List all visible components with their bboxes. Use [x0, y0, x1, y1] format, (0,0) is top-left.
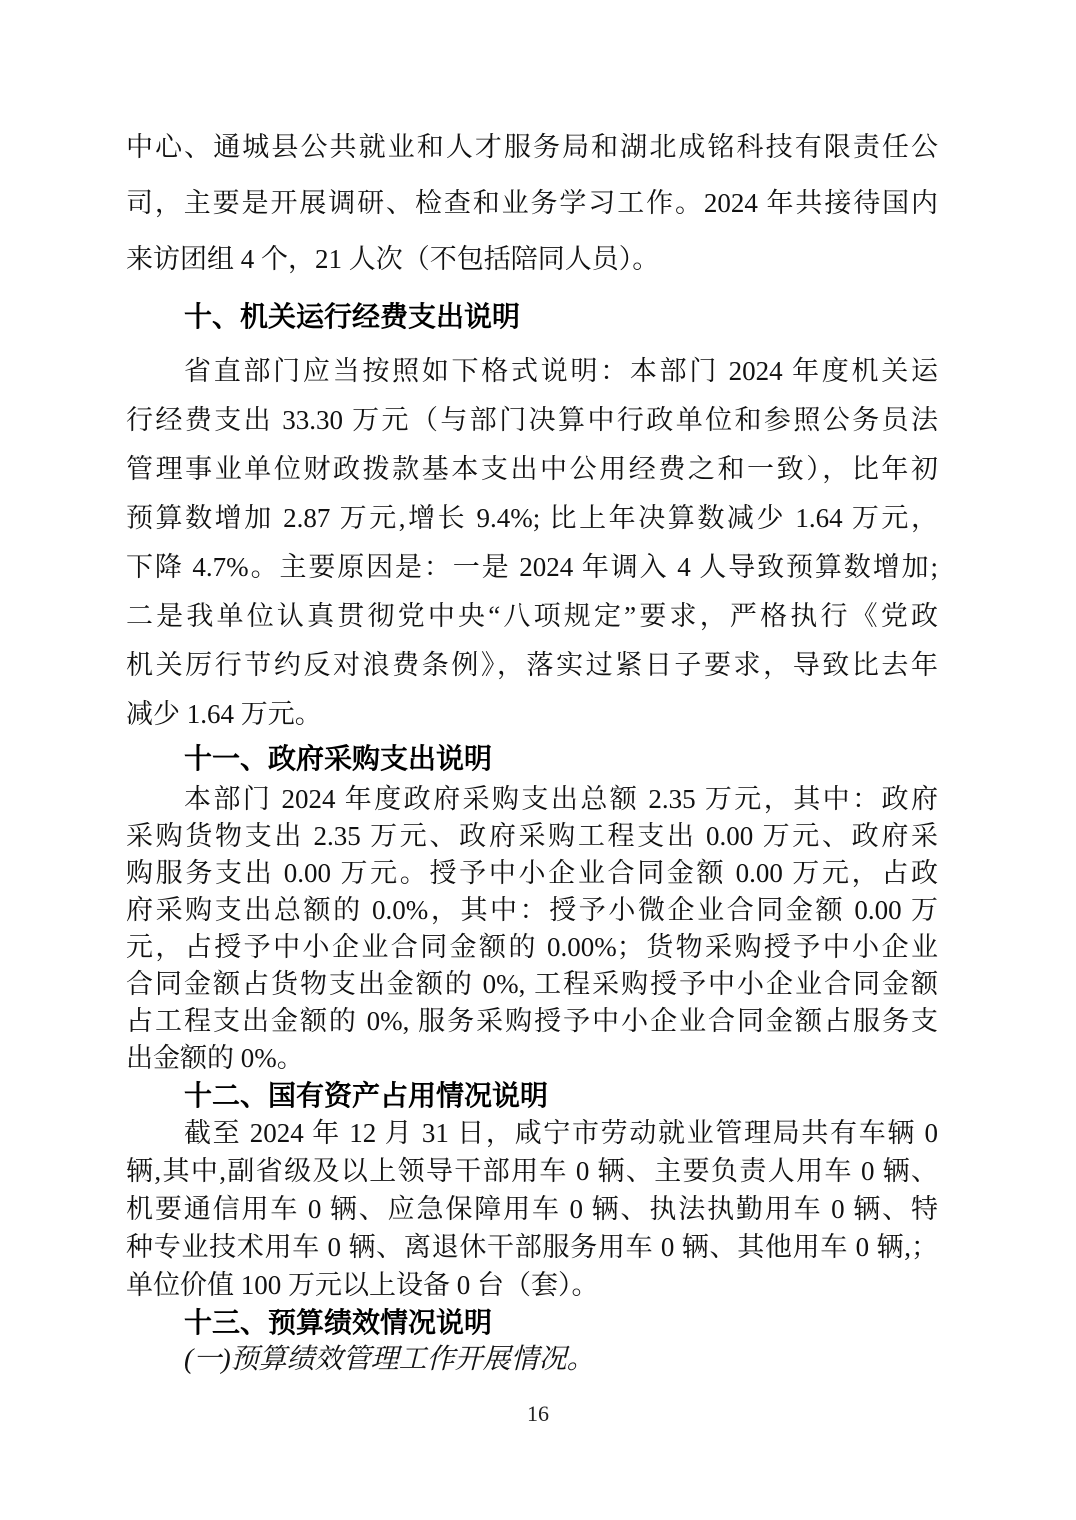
text-line: 府采购支出总额的 0.0%，其中：授予小微企业合同金额 0.00 万 [126, 892, 938, 929]
text-line: 合同金额占货物支出金额的 0%, 工程采购授予中小企业合同金额 [126, 966, 938, 1003]
section-heading: 十三、预算绩效情况说明 [126, 1304, 938, 1341]
section-heading: 十、机关运行经费支出说明 [126, 293, 938, 341]
section-heading-block: 十一、政府采购支出说明 [126, 739, 938, 779]
text-line: 本部门 2024 年度政府采购支出总额 2.35 万元，其中：政府 [126, 781, 938, 818]
text-line: 省直部门应当按照如下格式说明：本部门 2024 年度机关运 [126, 347, 938, 396]
paragraph-block: 中心、通城县公共就业和人才服务局和湖北成铭科技有限责任公司，主要是开展调研、检查… [126, 119, 938, 287]
text-line: 机关厉行节约反对浪费条例》，落实过紧日子要求，导致比去年 [126, 641, 938, 690]
text-line: 购服务支出 0.00 万元。授予中小企业合同金额 0.00 万元，占政 [126, 855, 938, 892]
text-line: 减少 1.64 万元。 [126, 690, 938, 739]
section-heading-block: 十、机关运行经费支出说明 [126, 293, 938, 341]
text-line: 管理事业单位财政拨款基本支出中公用经费之和一致），比年初 [126, 445, 938, 494]
paragraph-block: (一)预算绩效管理工作开展情况。 [126, 1341, 938, 1378]
paragraph-block: 省直部门应当按照如下格式说明：本部门 2024 年度机关运行经费支出 33.30… [126, 347, 938, 739]
subsection-title: (一)预算绩效管理工作开展情况。 [126, 1341, 938, 1378]
text-line: 占工程支出金额的 0%, 服务采购授予中小企业合同金额占服务支 [126, 1003, 938, 1040]
paragraph-block: 截至 2024 年 12 月 31 日，咸宁市劳动就业管理局共有车辆 0辆,其中… [126, 1114, 938, 1304]
text-line: 司，主要是开展调研、检查和业务学习工作。2024 年共接待国内 [126, 175, 938, 231]
text-line: 下降 4.7%。主要原因是：一是 2024 年调入 4 人导致预算数增加; [126, 543, 938, 592]
text-line: 元，占授予中小企业合同金额的 0.00%；货物采购授予中小企业 [126, 929, 938, 966]
text-line: 截至 2024 年 12 月 31 日，咸宁市劳动就业管理局共有车辆 0 [126, 1114, 938, 1152]
page-footer: 16 [0, 1400, 1076, 1428]
section-heading: 十二、国有资产占用情况说明 [126, 1077, 938, 1114]
document-body: 中心、通城县公共就业和人才服务局和湖北成铭科技有限责任公司，主要是开展调研、检查… [0, 0, 1076, 1378]
section-heading-block: 十二、国有资产占用情况说明 [126, 1077, 938, 1114]
paragraph-block: 本部门 2024 年度政府采购支出总额 2.35 万元，其中：政府采购货物支出 … [126, 781, 938, 1077]
text-line: 行经费支出 33.30 万元（与部门决算中行政单位和参照公务员法 [126, 396, 938, 445]
text-line: 来访团组 4 个，21 人次（不包括陪同人员）。 [126, 231, 938, 287]
text-line: 二是我单位认真贯彻党中央“八项规定”要求，严格执行《党政 [126, 592, 938, 641]
text-line: 中心、通城县公共就业和人才服务局和湖北成铭科技有限责任公 [126, 119, 938, 175]
text-line: 采购货物支出 2.35 万元、政府采购工程支出 0.00 万元、政府采 [126, 818, 938, 855]
text-line: 辆,其中,副省级及以上领导干部用车 0 辆、主要负责人用车 0 辆、 [126, 1152, 938, 1190]
section-heading-block: 十三、预算绩效情况说明 [126, 1304, 938, 1341]
text-line: 机要通信用车 0 辆、应急保障用车 0 辆、执法执勤用车 0 辆、特 [126, 1190, 938, 1228]
text-line: 种专业技术用车 0 辆、离退休干部服务用车 0 辆、其他用车 0 辆,； [126, 1228, 938, 1266]
document-page: 中心、通城县公共就业和人才服务局和湖北成铭科技有限责任公司，主要是开展调研、检查… [0, 0, 1076, 1520]
text-line: 出金额的 0%。 [126, 1040, 938, 1077]
section-heading: 十一、政府采购支出说明 [126, 739, 938, 779]
text-line: 单位价值 100 万元以上设备 0 台（套）。 [126, 1266, 938, 1304]
text-line: 预算数增加 2.87 万元,增长 9.4%; 比上年决算数减少 1.64 万元， [126, 494, 938, 543]
page-number: 16 [527, 1400, 549, 1428]
